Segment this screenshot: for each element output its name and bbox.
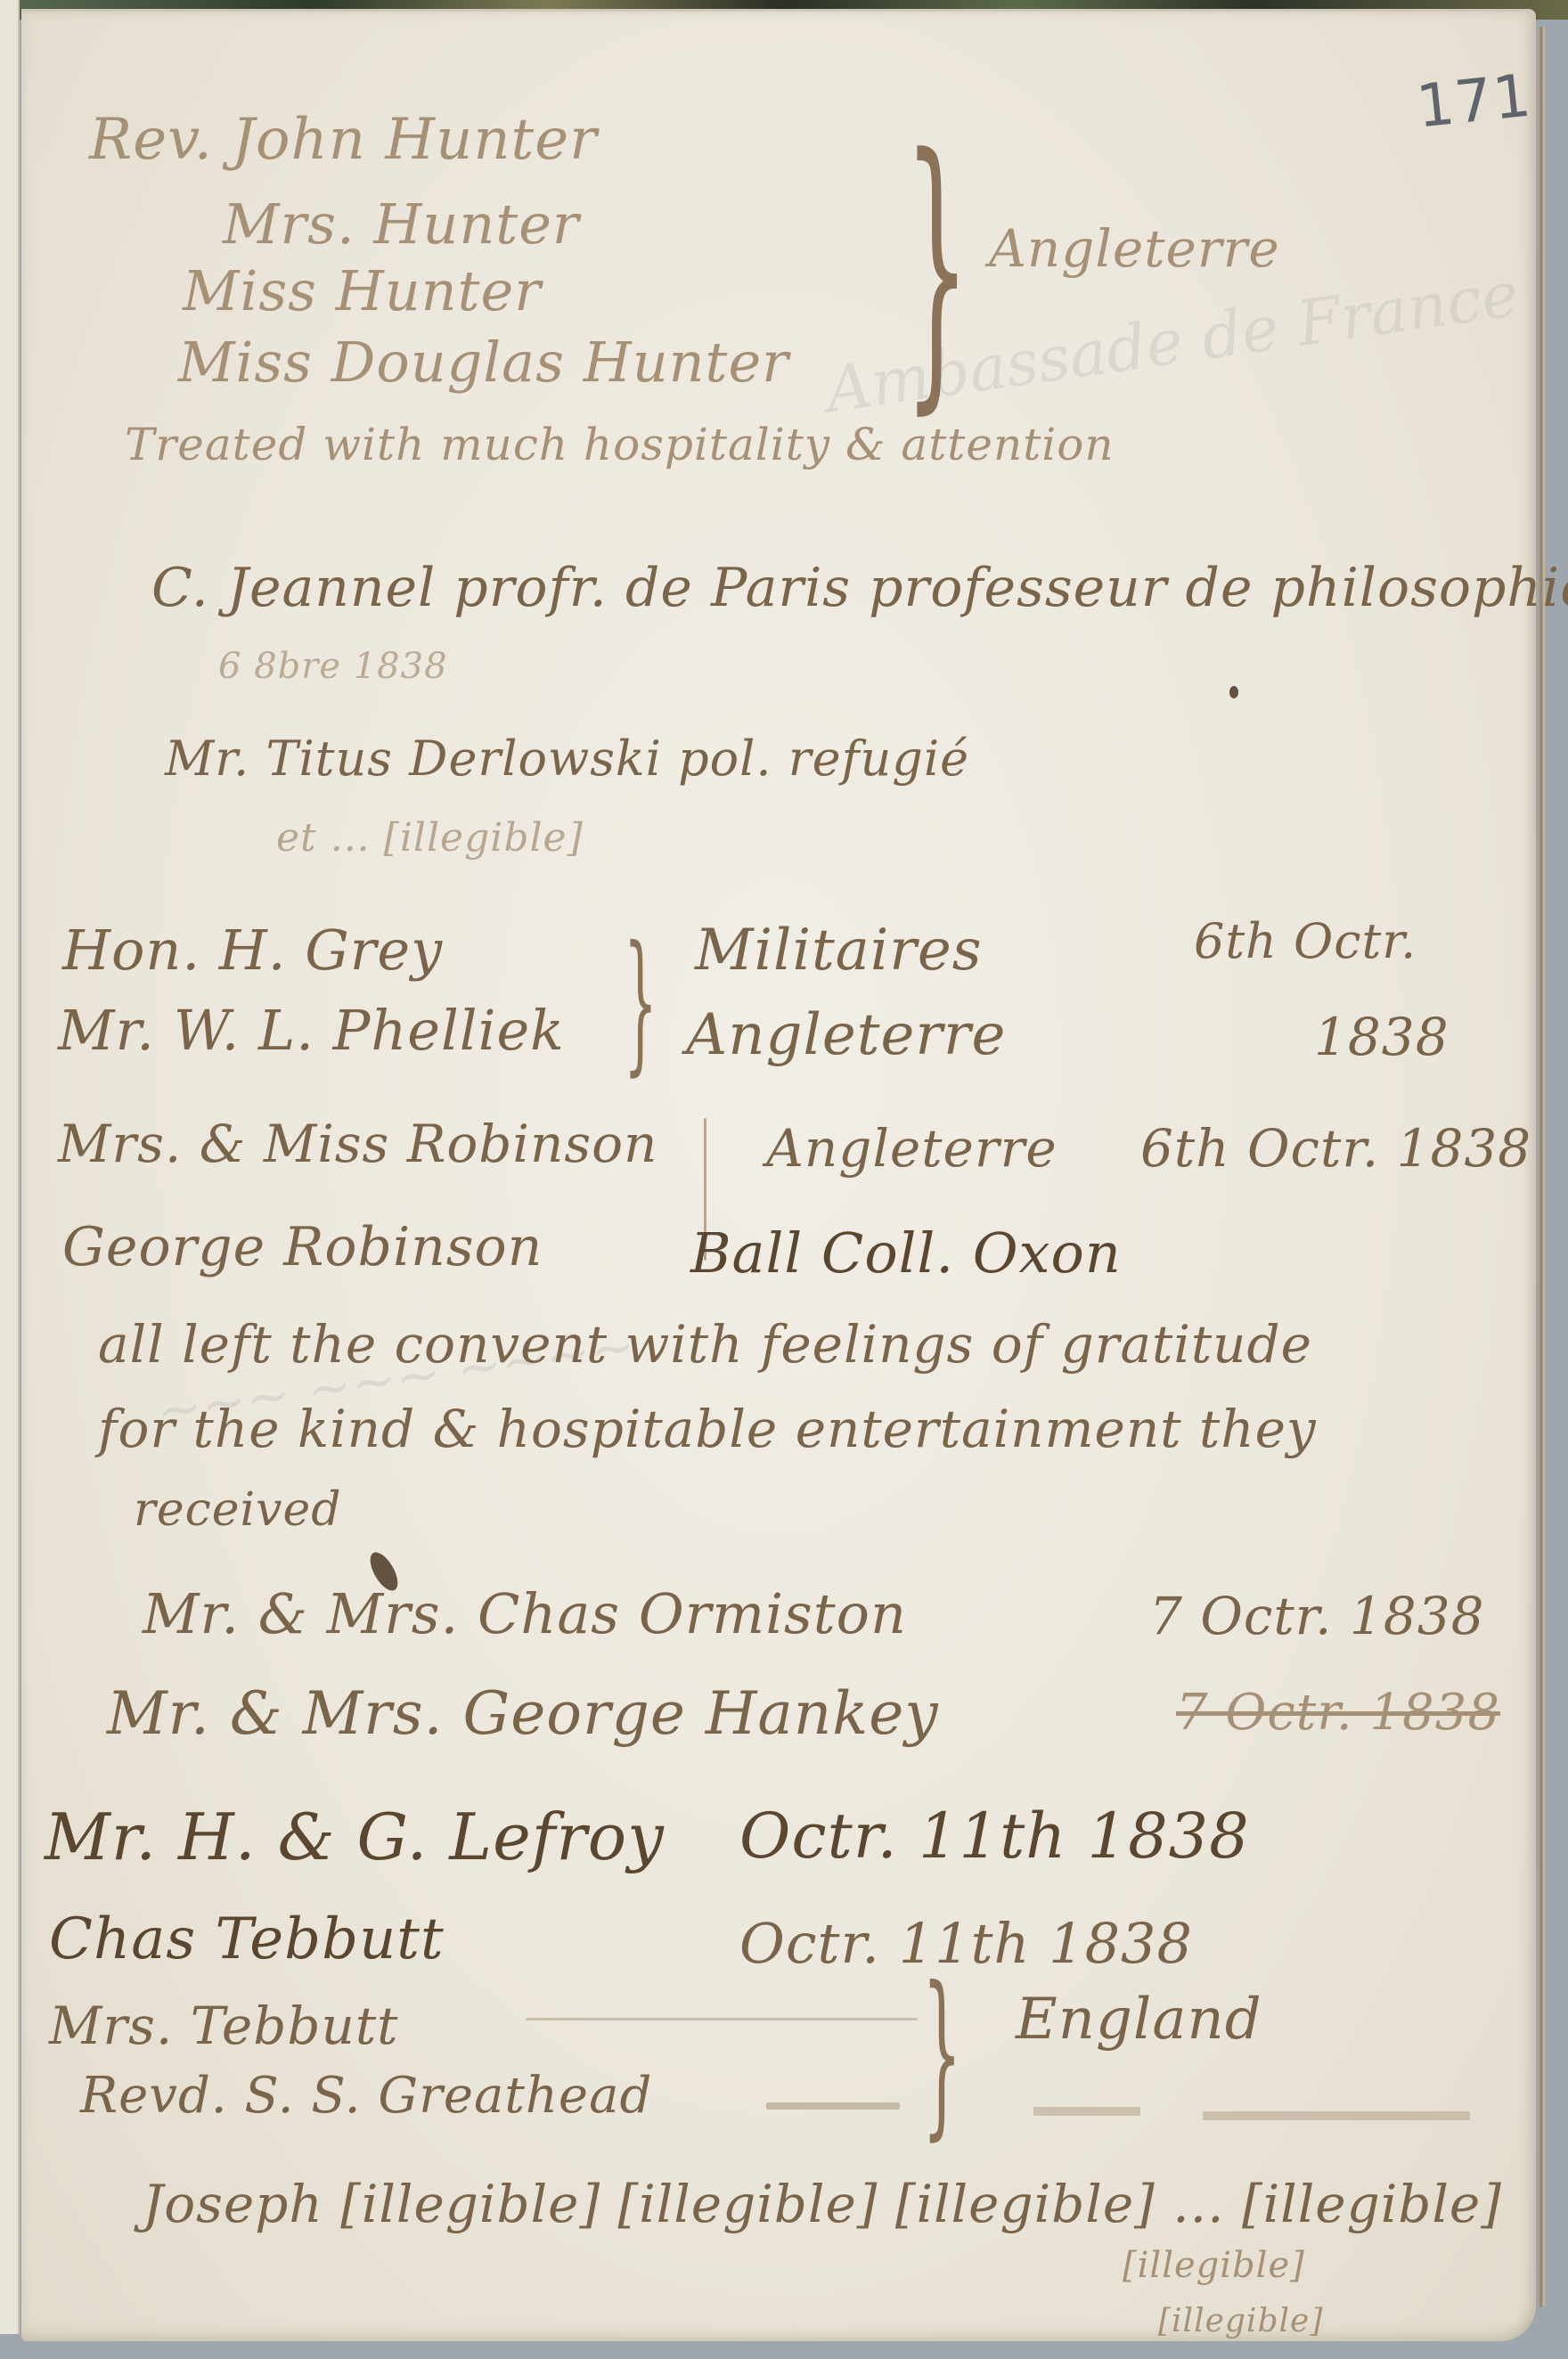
entry-date-struck: 7 Octr. 1838 — [1176, 1684, 1500, 1742]
register-entry-name: Mrs. & Miss Robinson — [58, 1114, 657, 1174]
entry-date: Octr. 11th 1838 — [739, 1800, 1250, 1873]
register-entry-name: Revd. S. S. Greathead — [80, 2067, 652, 2125]
register-entry-name: Rev. John Hunter — [89, 107, 598, 173]
foreign-script-note: [illegible] — [1158, 2303, 1323, 2339]
register-entry-name: C. Jeannel profr. de Paris professeur de… — [151, 557, 1568, 619]
ink-blot — [1229, 686, 1238, 698]
nationality-note: Angleterre — [686, 1002, 1006, 1068]
register-entry-name: Miss Hunter — [183, 258, 542, 323]
folio-number: 171 — [1413, 61, 1534, 141]
grouping-brace: } — [624, 926, 657, 1078]
grouping-brace: } — [904, 120, 969, 414]
entry-date: 7 Octr. 1838 — [1149, 1586, 1485, 1646]
register-entry-name: Miss Douglas Hunter — [178, 330, 789, 395]
register-entry-name: Mrs. Tebbutt — [49, 1996, 398, 2056]
entry-date: 1838 — [1314, 1007, 1450, 1067]
grouping-brace: } — [922, 1964, 962, 2143]
foreign-script-note: Joseph [illegible] [illegible] [illegibl… — [143, 2174, 1502, 2234]
register-entry-subline: et ... [illegible] — [276, 815, 584, 861]
nationality-note: England — [1016, 1987, 1262, 2053]
register-entry-name: Mr. & Mrs. Chas Ormiston — [143, 1581, 907, 1646]
connector-line — [1033, 2107, 1140, 2116]
register-entry-name: Chas Tebbutt — [49, 1906, 445, 1972]
register-entry-name: George Robinson — [62, 1216, 543, 1278]
visitor-remark: all left the convent with feelings of gr… — [98, 1314, 1312, 1375]
register-entry-name: Mr. Titus Derlowski pol. refugié — [165, 731, 969, 787]
nationality-note: Angleterre — [766, 1118, 1058, 1179]
entry-date: 6th Octr. — [1194, 913, 1417, 969]
connector-line — [1203, 2111, 1470, 2120]
visitor-remark: Treated with much hospitality & attentio… — [125, 419, 1115, 470]
page-edge — [1538, 27, 1547, 2307]
visitor-remark: for the kind & hospitable entertainment … — [98, 1399, 1317, 1459]
previous-page-stub — [0, 0, 20, 2334]
register-entry-name: Mr. W. L. Phelliek — [58, 998, 565, 1063]
foreign-script-note: [illegible] — [1123, 2245, 1305, 2286]
register-entry-name: Mr. & Mrs. George Hankey — [107, 1679, 939, 1748]
entry-date: 6 8bre 1838 — [218, 646, 448, 687]
connector-line — [526, 2018, 918, 2020]
register-entry-name: Hon. H. Grey — [62, 918, 443, 983]
college-note: Ball Coll. Oxon — [690, 1220, 1122, 1286]
entry-date: 6th Octr. 1838 — [1140, 1118, 1531, 1179]
connector-line — [766, 2102, 900, 2110]
register-entry-name: Mr. H. & G. Lefroy — [45, 1800, 665, 1874]
visitor-remark: received — [134, 1483, 342, 1537]
nationality-note: Angleterre — [989, 218, 1280, 279]
entry-date: Octr. 11th 1838 — [739, 1911, 1193, 1976]
profession-note: Militaires — [695, 918, 983, 984]
register-entry-name: Mrs. Hunter — [223, 192, 580, 257]
